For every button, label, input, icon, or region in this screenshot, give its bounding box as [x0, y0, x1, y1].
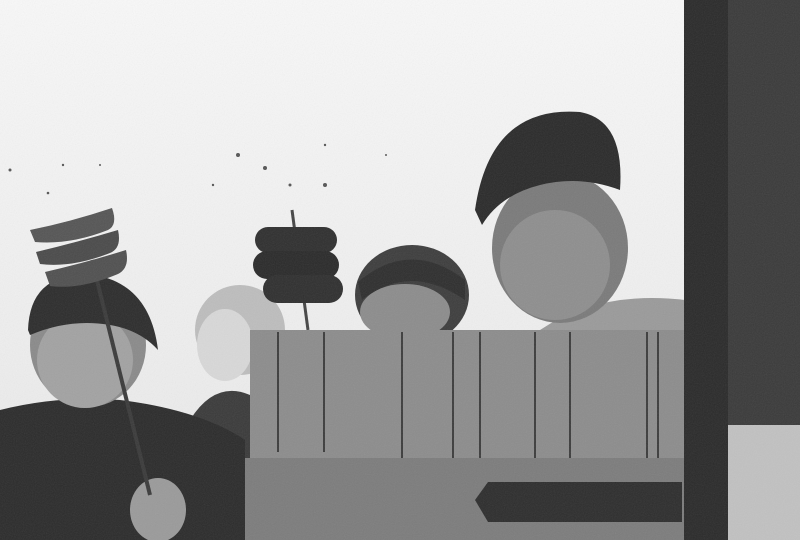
- film-grain: [0, 0, 800, 540]
- photograph: [0, 0, 800, 540]
- photo-scene: [0, 0, 800, 540]
